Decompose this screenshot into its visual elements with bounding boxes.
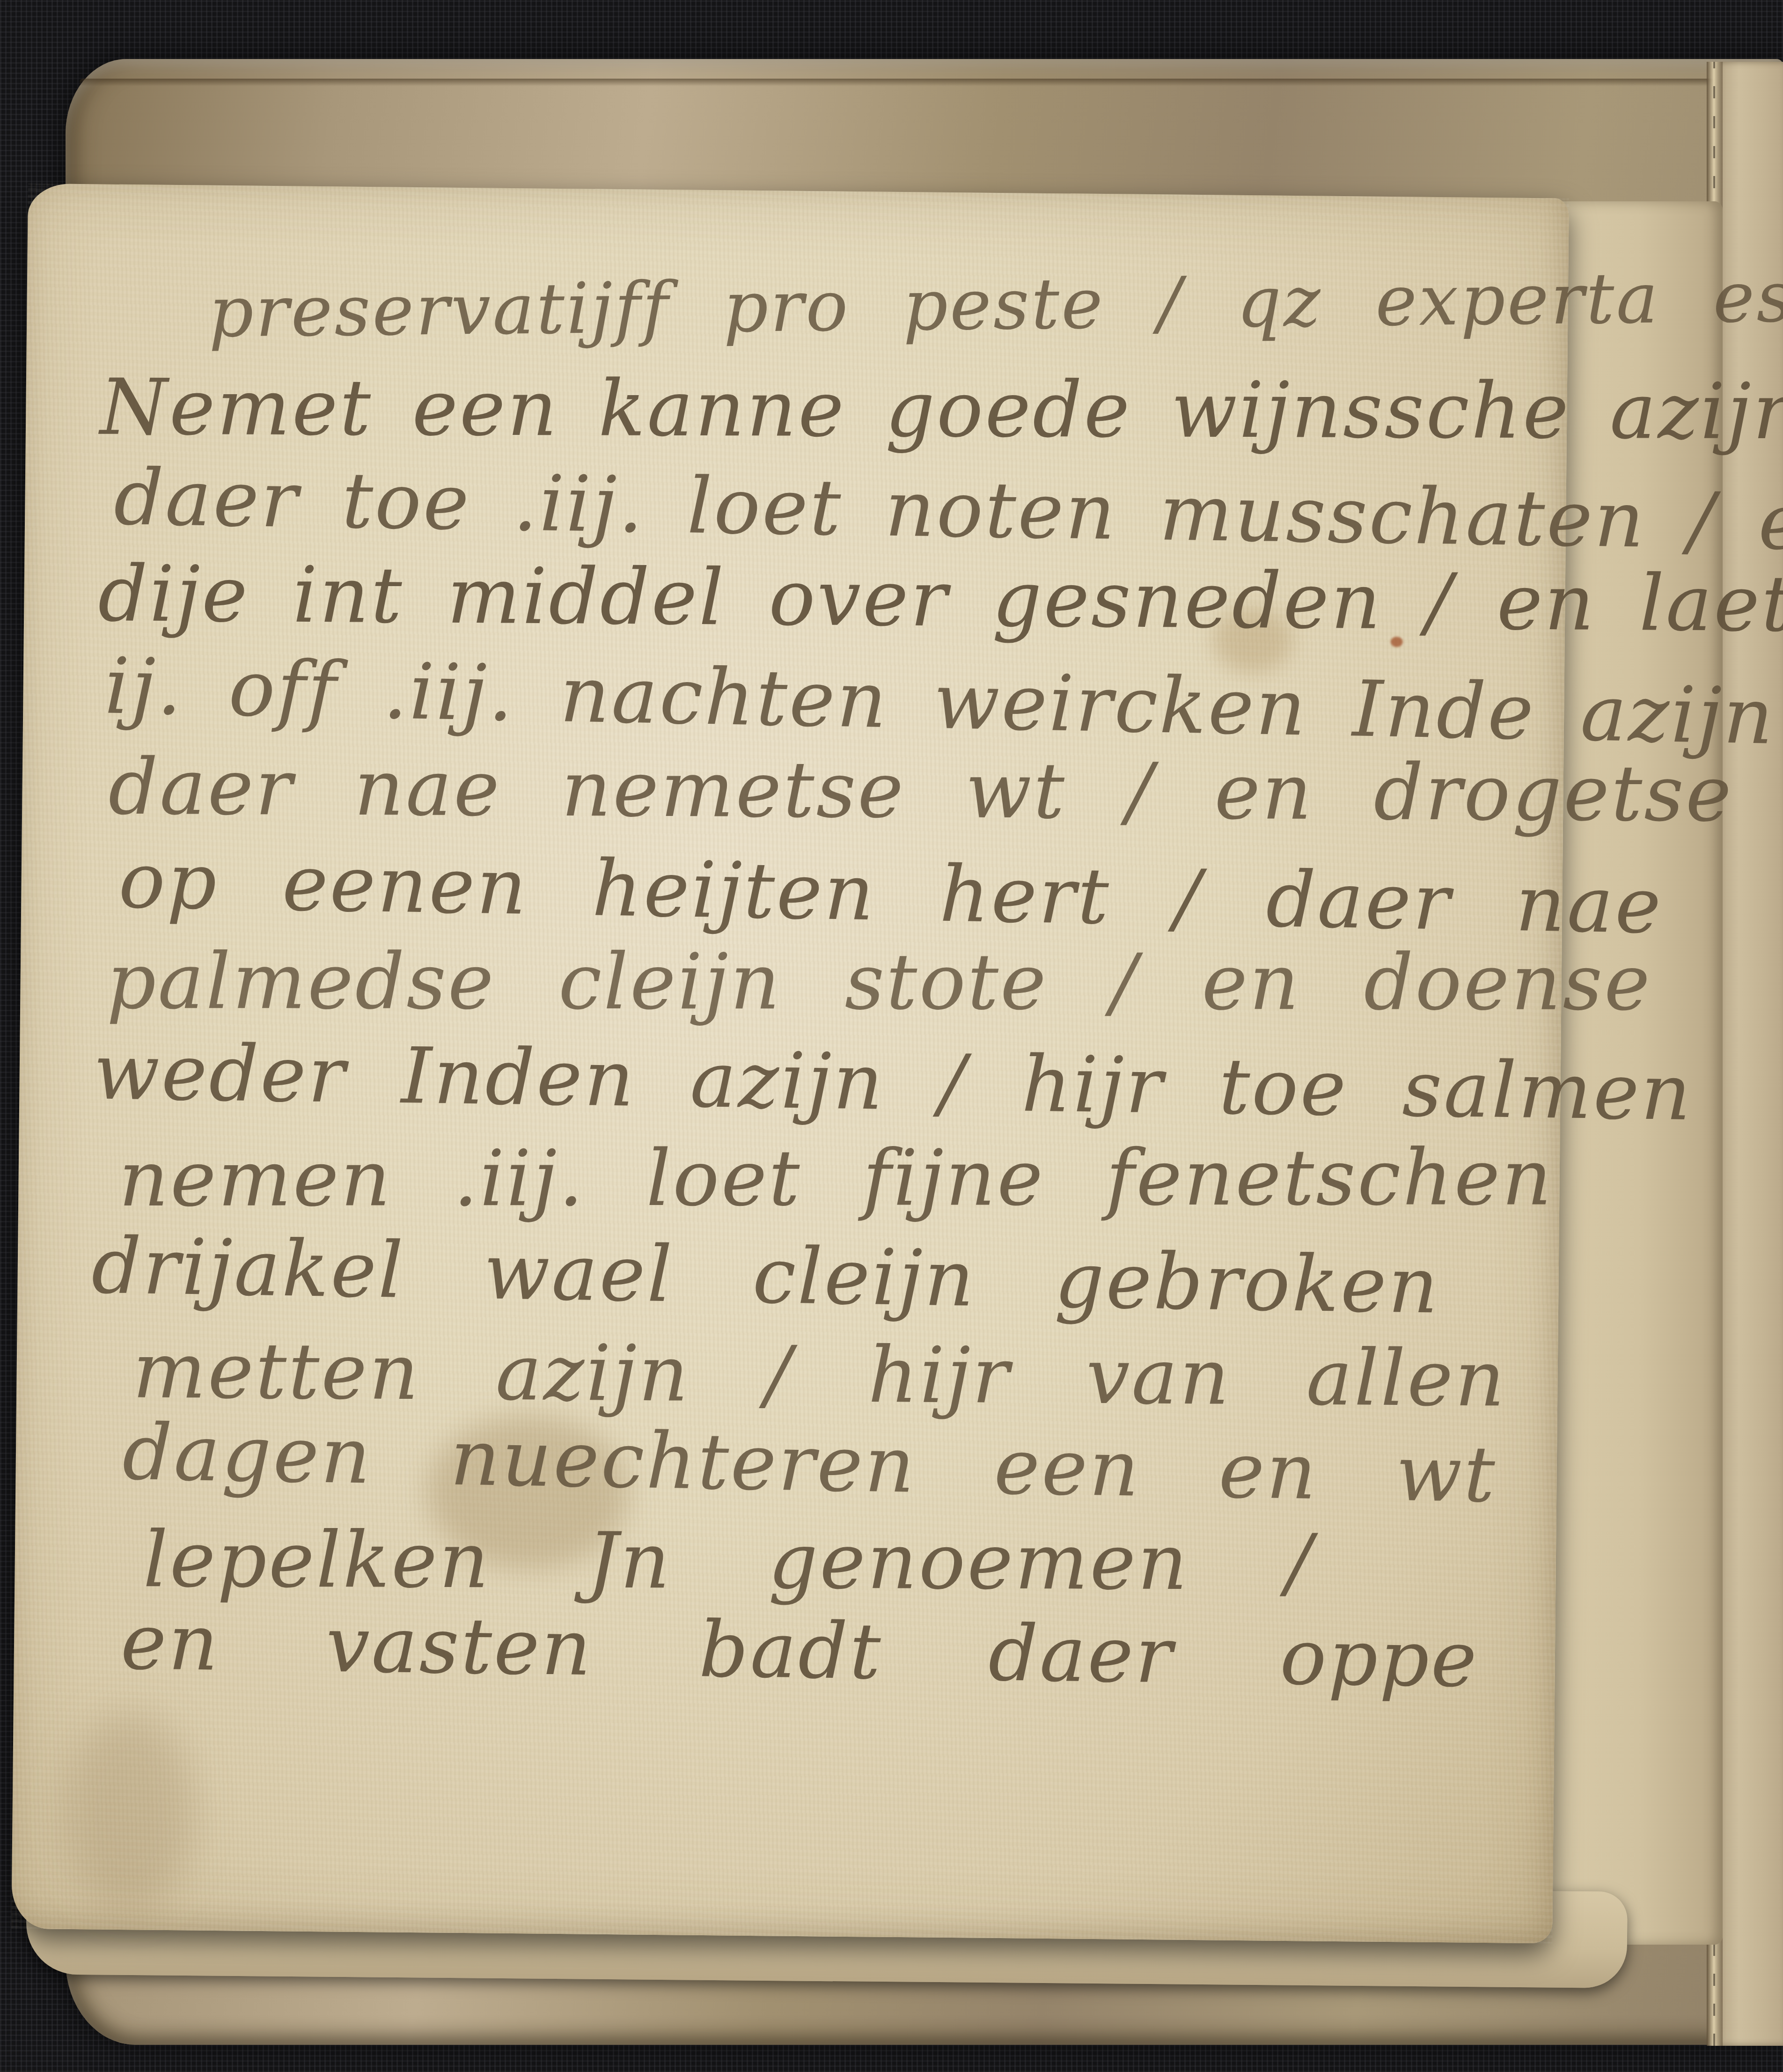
manuscript-line: palmedse cleijn stote / en doense (107, 936, 1652, 1028)
cover-top-crease (80, 79, 1774, 86)
photo-black-fabric-background: preservatijff pro peste / qz experta est… (0, 0, 1783, 2072)
manuscript-line: dije int middel over gesneden / en laets… (98, 549, 1783, 649)
manuscript-line: lepelken Jn genoemen / (143, 1514, 1314, 1608)
manuscript-line: metten azijn / hijr van allen (132, 1325, 1507, 1424)
facing-page-edge (1715, 62, 1783, 2046)
manuscript-heading: preservatijff pro peste / qz experta est… (208, 256, 1783, 353)
manuscript-line: daer nae nemetse wt / en drogetse (108, 742, 1733, 839)
manuscript-line: nemen .iij. loet fijne fenetschen (119, 1132, 1554, 1224)
manuscript-line: en vasten badt daer oppe (120, 1597, 1479, 1705)
manuscript-page: preservatijff pro peste / qz experta est… (11, 184, 1569, 1943)
manuscript-line: Nemet een kanne goede wijnssche azijn / … (100, 362, 1783, 457)
